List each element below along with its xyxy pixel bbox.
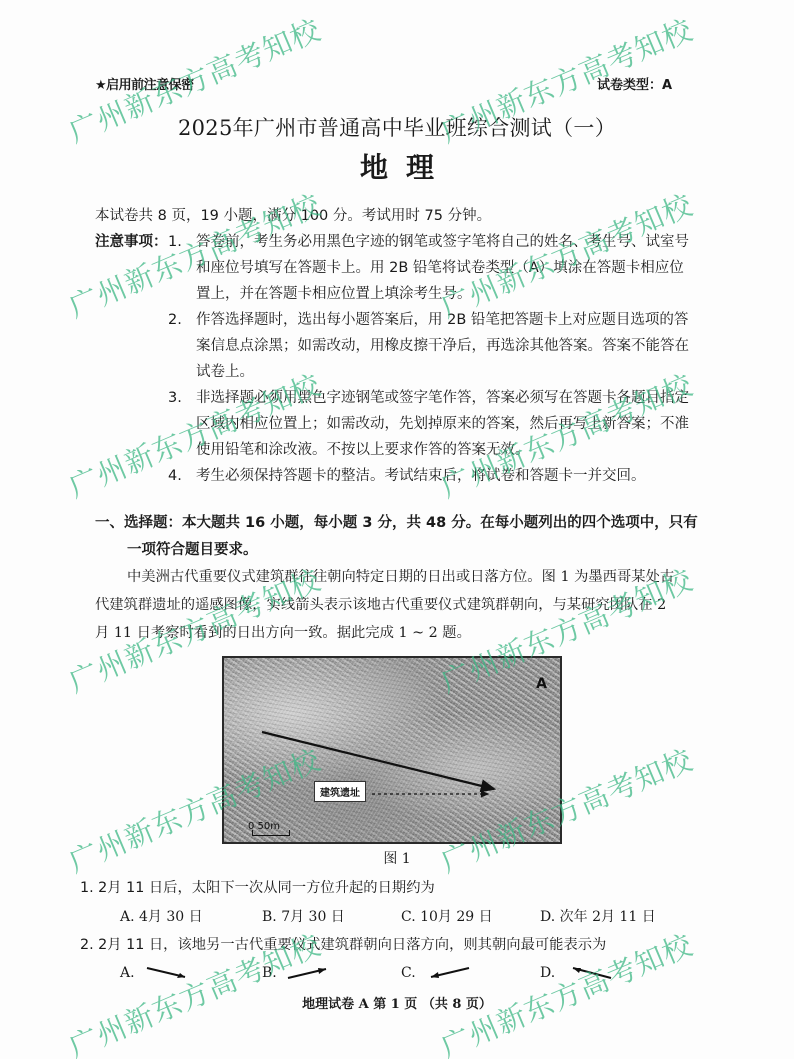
notice-item-line: 区域内相应位置上；如需改动，先划掉原来的答案，然后再写上新答案；不准: [196, 411, 689, 437]
question-1-option-b[interactable]: B. 7月 30 日: [262, 906, 345, 926]
page-footer: 地理试卷 A 第 1 页 （共 8 页）: [0, 993, 794, 1012]
arrow-left-down-icon: [425, 965, 475, 981]
subject-title: 地理: [0, 146, 794, 186]
option-label: A.: [120, 965, 135, 981]
notice-item-number: 1.: [168, 229, 182, 255]
option-label: B.: [262, 965, 277, 981]
confidential-notice: ★启用前注意保密: [95, 74, 194, 93]
remote-sensing-image: 建筑遗址 A 0 50m: [222, 656, 562, 844]
question-2-option-a[interactable]: A.: [120, 965, 135, 981]
section-header: 一、选择题：本大题共 16 小题，每小题 3 分，共 48 分。在每小题列出的四…: [95, 510, 698, 536]
orientation-arrow: [224, 658, 560, 842]
question-2-option-d[interactable]: D.: [540, 965, 555, 981]
notice-item-line: 非选择题必须用黑色字迹钢笔或签字笔作答，答案必须写在答题卡各题目指定: [196, 385, 689, 411]
arrow-left-up-icon: [565, 965, 615, 981]
question-2-option-b[interactable]: B.: [262, 965, 277, 981]
question-2-stem: 2. 2月 11 日，该地另一古代重要仪式建筑群朝向日落方向，则其朝向最可能表示…: [80, 934, 606, 954]
paper-type-label: 试卷类型：A: [597, 74, 672, 93]
notice-item-number: 2.: [168, 307, 182, 333]
north-arrow-icon: A: [536, 676, 547, 692]
notice-item-line: 使用铅笔和涂改液。不按以上要求作答的答案无效。: [196, 437, 530, 463]
notice-item-line: 和座位号填写在答题卡上。用 2B 铅笔将试卷类型（A）填涂在答题卡相应位: [196, 255, 684, 281]
question-1-stem: 1. 2月 11 日后，太阳下一次从同一方位升起的日期约为: [80, 877, 435, 897]
option-label: C.: [401, 965, 416, 981]
site-label: 建筑遗址: [314, 781, 366, 802]
notice-item-number: 4.: [168, 463, 182, 489]
scale-bar: [252, 830, 290, 836]
notice-item-line: 试卷上。: [196, 359, 254, 385]
exam-intro: 本试卷共 8 页，19 小题，满分 100 分。考试用时 75 分钟。: [95, 203, 491, 229]
notice-item-line: 答卷前，考生务必用黑色字迹的钢笔或签字笔将自己的姓名、考生号、试室号: [196, 229, 689, 255]
notice-item-line: 置上，并在答题卡相应位置上填涂考生号。: [196, 281, 472, 307]
question-1-option-d[interactable]: D. 次年 2月 11 日: [540, 906, 656, 926]
notice-item-line: 案信息点涂黑；如需改动，用橡皮擦干净后，再选涂其他答案。答案不能答在: [196, 333, 689, 359]
figure-caption: 图 1: [0, 848, 794, 868]
question-stem-line: 代建筑群遗址的遥感图像，实线箭头表示该地古代重要仪式建筑群朝向，与某研究团队在 …: [95, 592, 666, 618]
arrow-right-up-icon: [286, 965, 336, 981]
question-1-option-c[interactable]: C. 10月 29 日: [401, 906, 493, 926]
arrow-right-down-icon: [145, 965, 195, 981]
question-stem-line: 月 11 日考察时看到的日出方向一致。据此完成 1 ~ 2 题。: [95, 620, 471, 646]
notice-item-line: 考生必须保持答题卡的整洁。考试结束后，将试卷和答题卡一并交回。: [196, 463, 646, 489]
question-stem-line: 中美洲古代重要仪式建筑群往往朝向特定日期的日出或日落方位。图 1 为墨西哥某处古: [127, 564, 674, 590]
section-header-cont: 一项符合题目要求。: [127, 537, 258, 563]
notice-item-line: 作答选择题时，选出每小题答案后，用 2B 铅笔把答题卡上对应题目选项的答: [196, 307, 688, 333]
exam-title: 2025年广州市普通高中毕业班综合测试（一）: [0, 112, 794, 142]
question-1-option-a[interactable]: A. 4月 30 日: [120, 906, 203, 926]
option-label: D.: [540, 965, 555, 981]
notice-item-number: 3.: [168, 385, 182, 411]
question-2-option-c[interactable]: C.: [401, 965, 416, 981]
notice-label: 注意事项：: [95, 229, 168, 255]
